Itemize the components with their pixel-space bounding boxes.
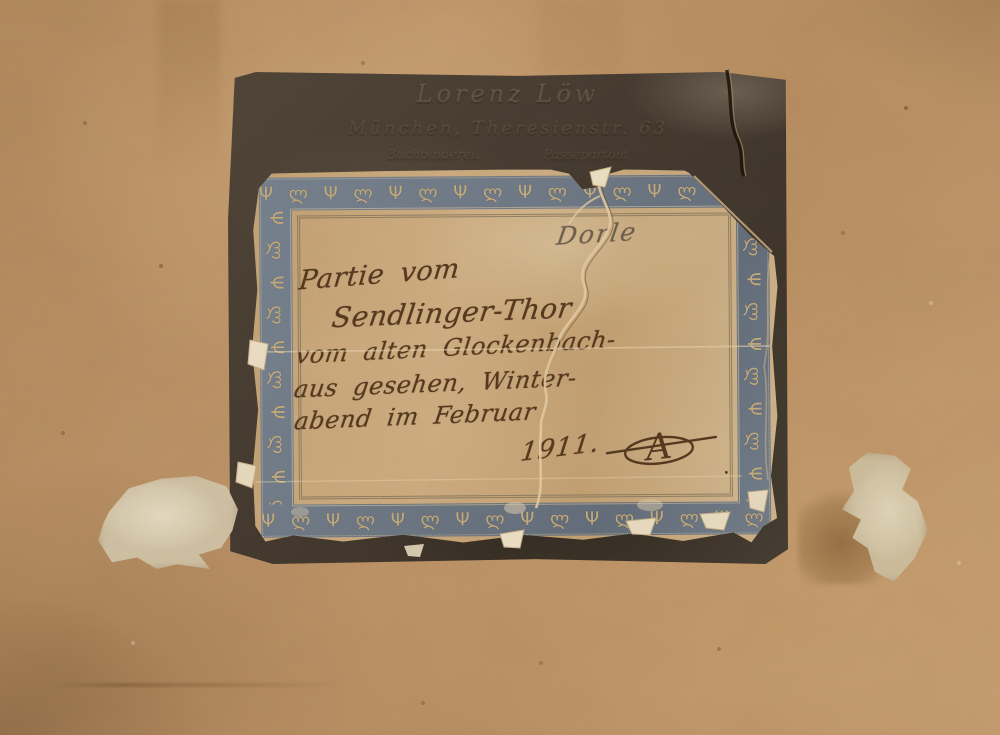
ornament-strip-right: Ψ ლ Ψ ლ Ψ ლ Ψ ლ Ψ ლ Ψ ლ Ψ ლ Ψ ლ Ψ ლ Ψ ლ …: [736, 207, 771, 501]
stamp-binder-name: Lorenz Löw: [228, 80, 788, 108]
pencil-inscription: Dorle: [555, 217, 640, 251]
signature-monogram: A: [604, 417, 720, 476]
ornament-strip-left: Ψ ლ Ψ ლ Ψ ლ Ψ ლ Ψ ლ Ψ ლ Ψ ლ Ψ ლ Ψ ლ Ψ ლ …: [259, 211, 294, 505]
stamp-trade-right: Passepartout: [543, 148, 629, 163]
stamp-binder-trade: Buchbinderei. Passepartout: [228, 148, 788, 163]
torn-paper-patch-left: [98, 473, 238, 569]
ornament-strip-top: Ψ ლ Ψ ლ Ψ ლ Ψ ლ Ψ ლ Ψ ლ Ψ ლ Ψ ლ Ψ ლ Ψ ლ …: [259, 174, 769, 211]
ornamental-label: Ψ ლ Ψ ლ Ψ ლ Ψ ლ Ψ ლ Ψ ლ Ψ ლ Ψ ლ Ψ ლ Ψ ლ …: [251, 166, 780, 546]
stamp-binder-address: München, Theresienstr. 63: [228, 118, 788, 139]
paper-specks: [0, 0, 2, 2]
photo-backing-board: Lorenz Löw München, Theresienstr. 63 Buc…: [0, 0, 1000, 735]
stain-bottom-smudge: [52, 683, 342, 687]
stain-top-center: [538, 0, 624, 76]
stain-vertical-streak: [158, 0, 220, 180]
signature-period: .: [723, 455, 730, 480]
stamp-trade-left: Buchbinderei.: [387, 148, 480, 163]
ornament-strip-bottom: Ψ ლ Ψ ლ Ψ ლ Ψ ლ Ψ ლ Ψ ლ Ψ ლ Ψ ლ Ψ ლ Ψ ლ …: [261, 501, 771, 538]
